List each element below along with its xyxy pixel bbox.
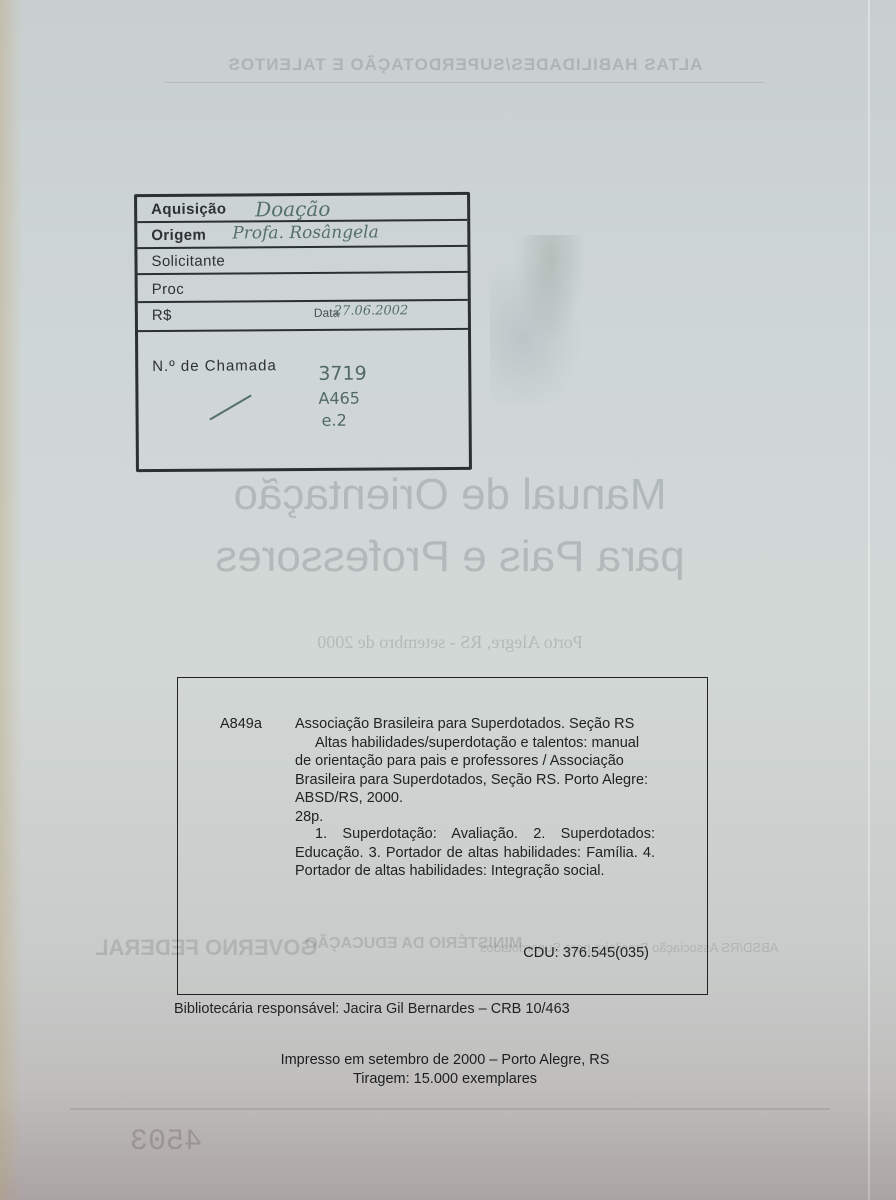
stamp-row-origin: Origem Profa. Rosângela: [137, 221, 467, 249]
show-through-running-header: ALTAS HABILIDADES/SUPERDOTAÇÃO E TALENTO…: [160, 55, 770, 75]
stamp-row-requester: Solicitante: [137, 247, 467, 275]
call-number-label: N.º de Chamada: [152, 357, 277, 375]
stamp-label: Proc: [152, 281, 185, 298]
stamp-label: R$: [152, 307, 172, 324]
show-through-logo: [490, 235, 600, 405]
call-number-line: A465: [318, 389, 360, 408]
handwritten-value: Doação: [255, 197, 330, 222]
show-through-header-rule: [165, 82, 765, 83]
printing-info: Impresso em setembro de 2000 – Porto Ale…: [175, 1051, 715, 1089]
catalog-author: Associação Brasileira para Superdotados.…: [295, 715, 655, 734]
catalog-subjects: 1. Superdotação: Avaliação. 2. Superdota…: [295, 825, 655, 881]
responsible-librarian: Bibliotecária responsável: Jacira Gil Be…: [174, 1001, 570, 1017]
stamp-row-proc: Proc: [138, 275, 468, 303]
show-through-place-date: Porto Alegre, RS - setembro de 2000: [240, 632, 660, 653]
show-through-title-line2: para Pais e Professores: [160, 532, 740, 582]
library-acquisition-stamp: Aquisição Doação Origem Profa. Rosângela…: [134, 192, 472, 472]
catalog-description: Altas habilidades/superdotação e talento…: [295, 734, 655, 808]
bottom-shadow: [0, 1090, 896, 1200]
catalog-cdu: CDU: 376.545(035): [523, 944, 649, 963]
print-run: Tiragem: 15.000 exemplares: [175, 1070, 715, 1089]
call-number-line: 3719: [318, 363, 367, 385]
handwritten-value: Profa. Rosângela: [232, 222, 379, 243]
catalog-code: A849a: [220, 715, 262, 734]
stamp-row-price: R$ Data 27.06.2002: [138, 301, 468, 332]
stamp-label: Solicitante: [151, 253, 225, 271]
page-edge: [868, 0, 870, 1200]
catalog-entry: Associação Brasileira para Superdotados.…: [295, 715, 655, 826]
handwritten-date: 27.06.2002: [334, 303, 409, 319]
catalog-pages: 28p.: [295, 808, 655, 827]
printing-date-place: Impresso em setembro de 2000 – Porto Ale…: [175, 1051, 715, 1070]
handwritten-slash-mark: [209, 395, 251, 421]
catalog-card: A849a Associação Brasileira para Superdo…: [177, 677, 708, 995]
stamp-label: Aquisição: [151, 201, 226, 219]
page-edge-shadow: [0, 0, 22, 1200]
call-number-line: e.2: [322, 411, 347, 430]
stamp-row-acquisition: Aquisição Doação: [137, 195, 467, 223]
show-through-title-line1: Manual de Orientação: [170, 470, 730, 520]
stamp-label: Origem: [151, 227, 206, 244]
